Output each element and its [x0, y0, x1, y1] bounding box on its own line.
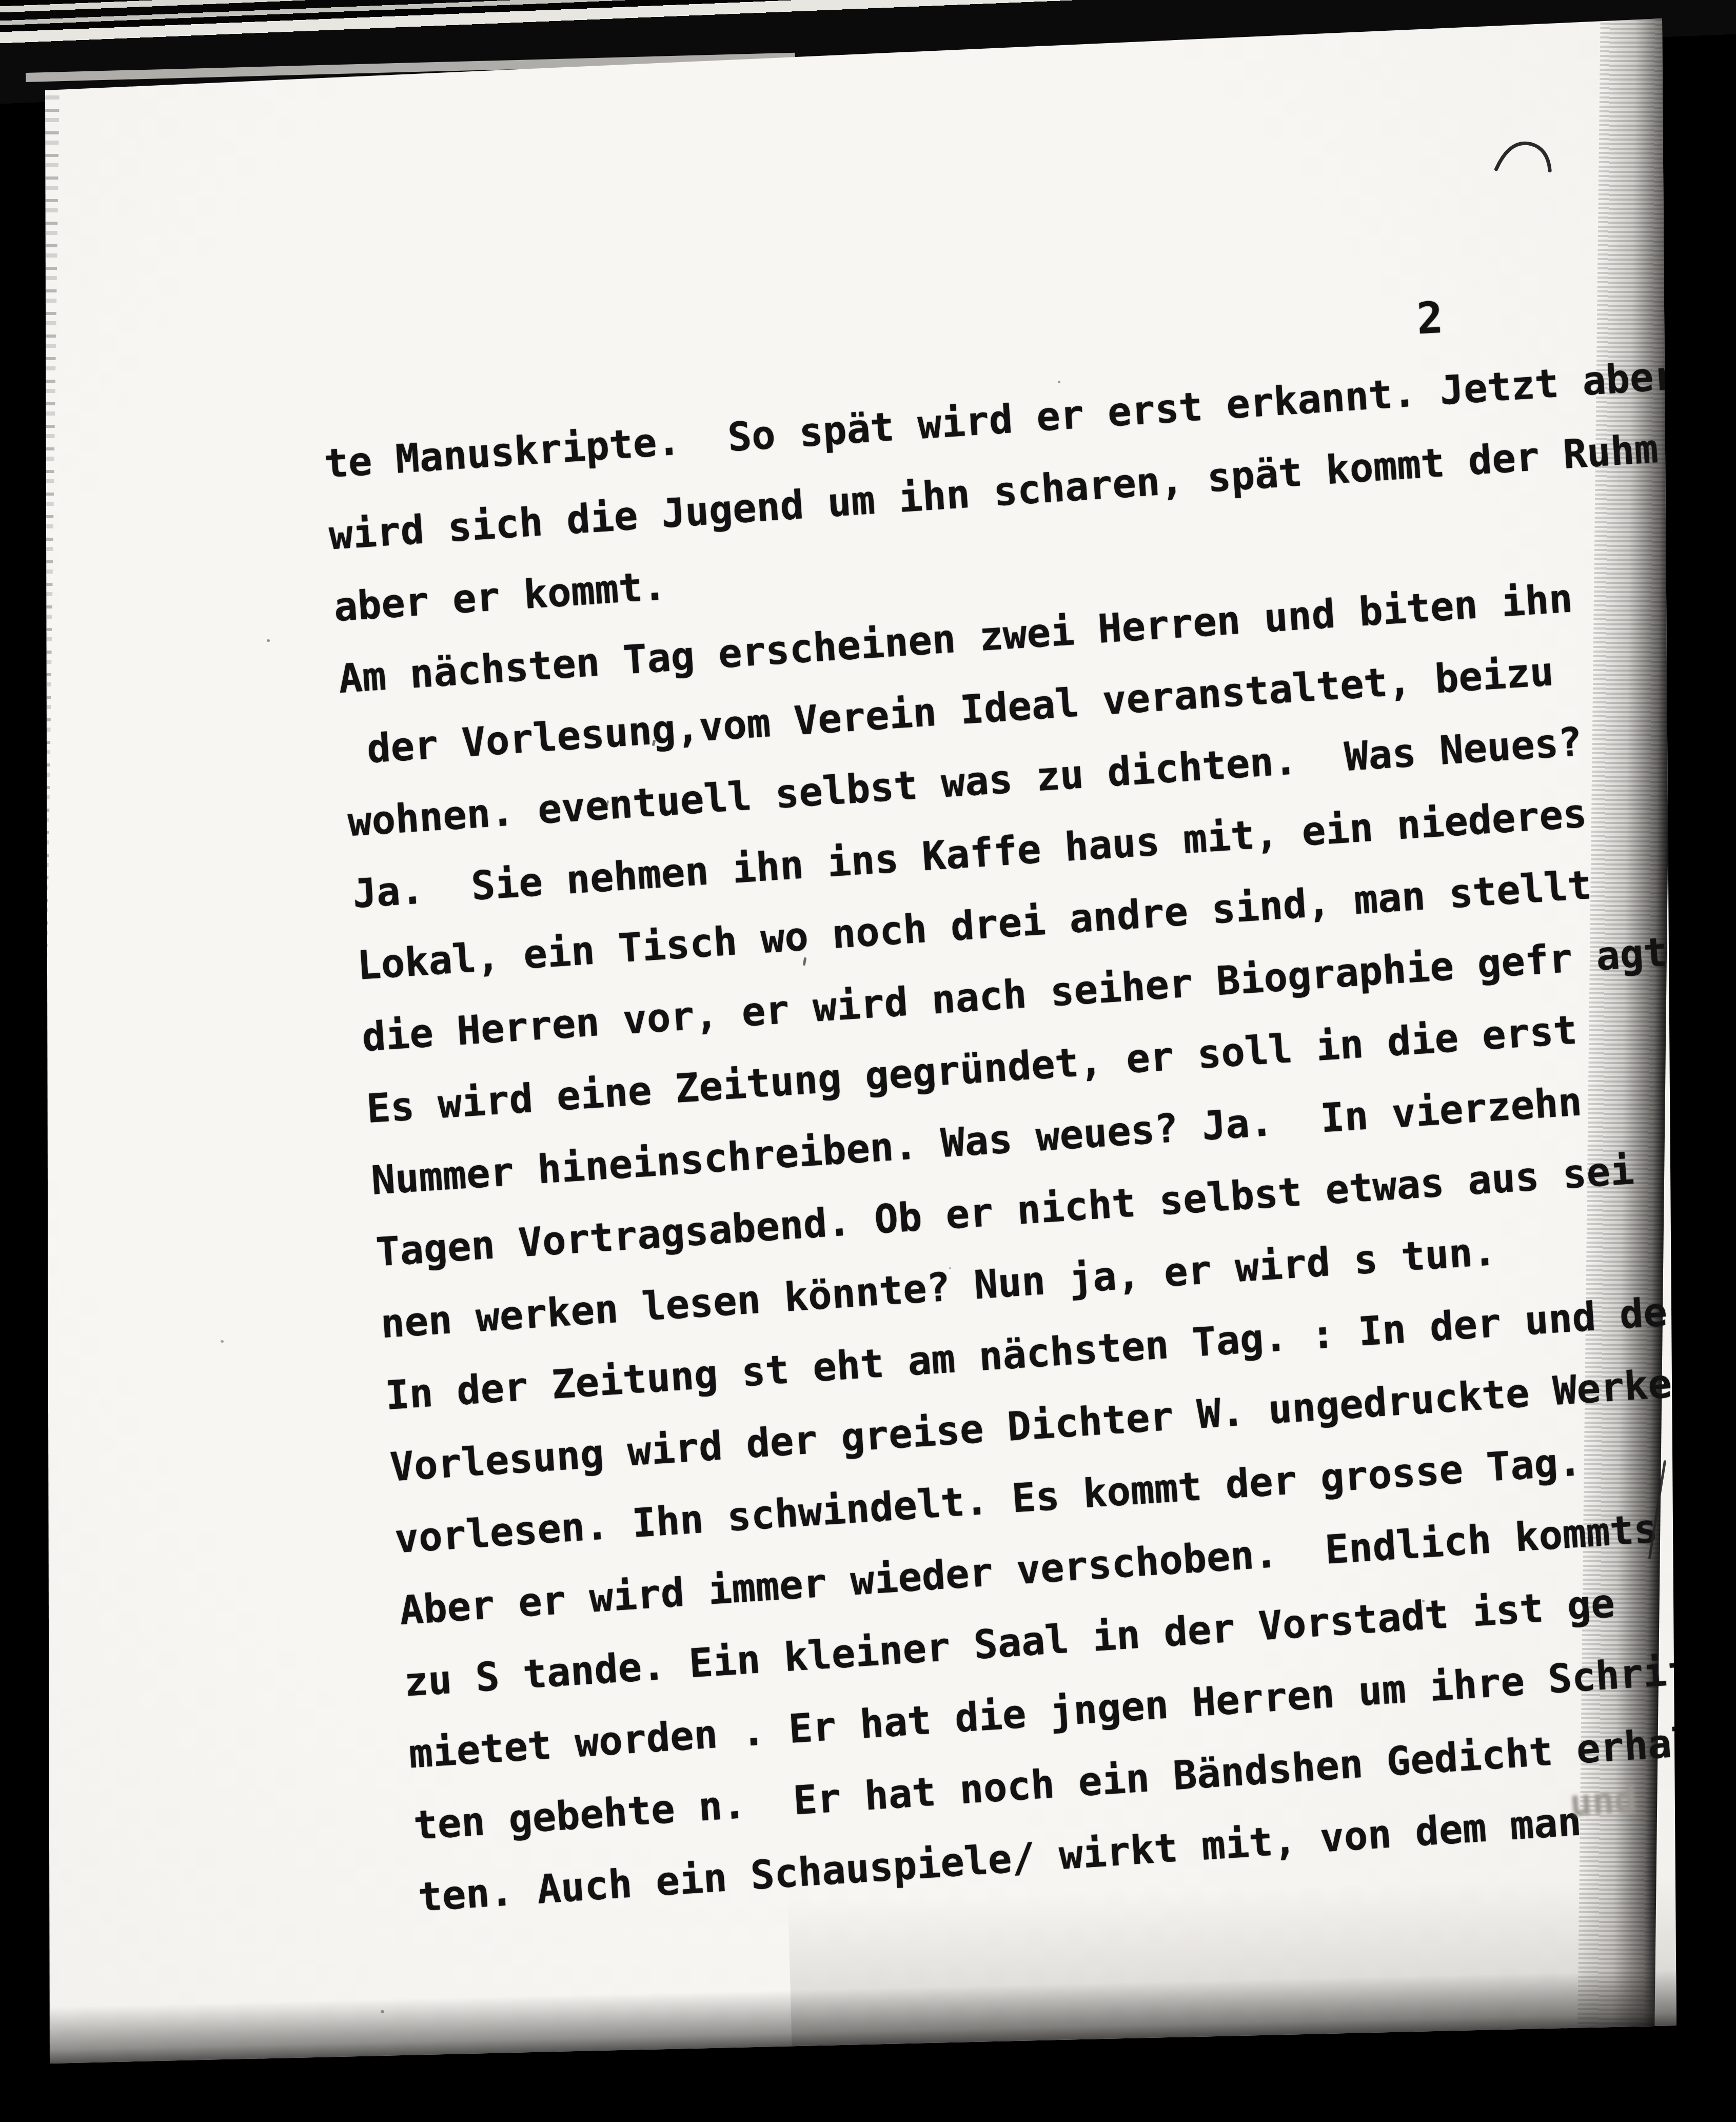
- page-number: 2: [1416, 296, 1444, 341]
- dust-speck: [381, 2010, 384, 2013]
- typewritten-text: te Manuskripte. So spät wird er erst erk…: [322, 331, 1736, 1934]
- dust-speck: [267, 639, 270, 642]
- manuscript-page: 2 te Manuskripte. So spät wird er erst e…: [0, 0, 1736, 2122]
- dust-speck: [1058, 381, 1060, 383]
- dust-speck: [949, 1267, 951, 1269]
- dust-speck: [221, 1340, 224, 1343]
- microfilm-scan: { "page": { "number": "2", "paper_color"…: [0, 0, 1736, 2122]
- page-left-edge-texture: [16, 86, 60, 2067]
- pen-squiggle-mark: [1491, 131, 1563, 186]
- dust-speck: [1270, 475, 1273, 477]
- faded-ink-smudge: und: [1568, 1777, 1638, 1825]
- dust-speck: [1422, 1600, 1425, 1602]
